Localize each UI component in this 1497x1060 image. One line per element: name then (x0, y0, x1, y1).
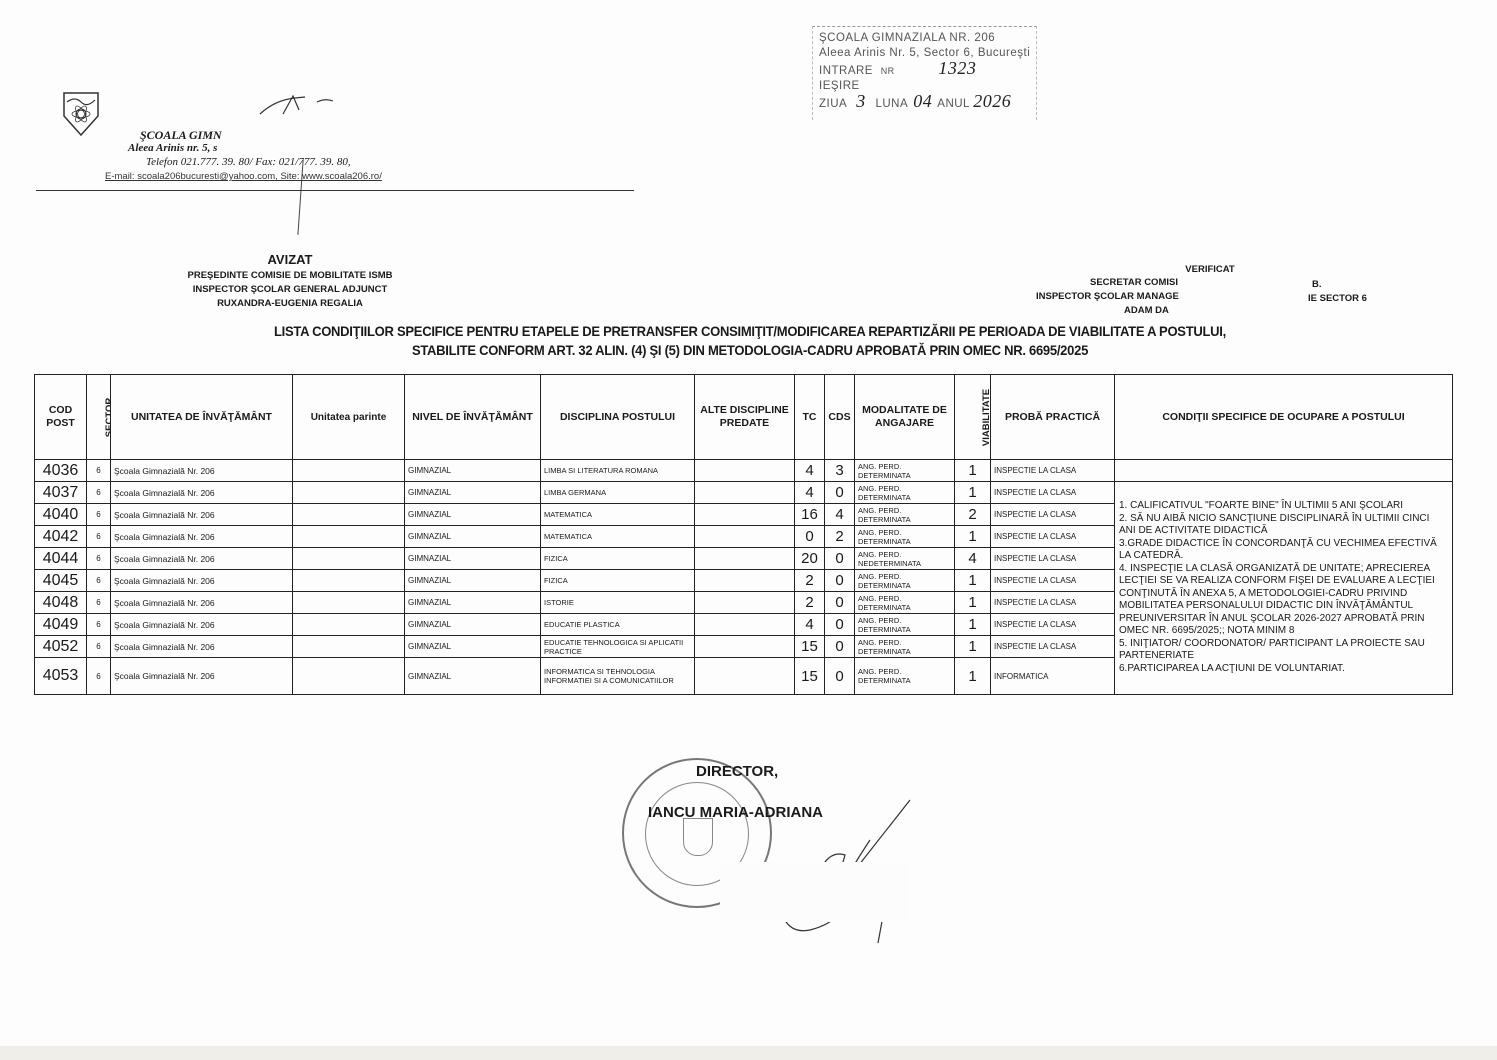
row-proba: INSPECTIE LA CLASA (991, 548, 1115, 570)
condition-item: 1. CALIFICATIVUL "FOARTE BINE" ÎN ULTIMI… (1119, 500, 1448, 513)
row-cds: 4 (825, 504, 855, 526)
row-cds: 0 (825, 614, 855, 636)
row-disciplina: FIZICA (541, 570, 695, 592)
stamp-luna-value: 04 (913, 91, 932, 111)
row-modalitate: ANG. PERD. DETERMINATA (855, 592, 955, 614)
row-alte-discipline (695, 460, 795, 482)
posts-table: COD POST SECTOR UNITATEA DE ÎNVĂŢĂMÂNT U… (34, 374, 1453, 695)
row-alte-discipline (695, 614, 795, 636)
verificat-title: VERIFICAT (1160, 264, 1260, 275)
row-unitate-parinte (293, 570, 405, 592)
row-nivel: GIMNAZIAL (405, 504, 541, 526)
row-nivel: GIMNAZIAL (405, 658, 541, 695)
avizat-title: AVIZAT (160, 252, 420, 267)
row-nivel: GIMNAZIAL (405, 636, 541, 658)
stamp-luna-label: LUNA (875, 98, 907, 110)
row-cds: 2 (825, 526, 855, 548)
row-unitate: Şcoala Gimnazială Nr. 206 (111, 504, 293, 526)
row-cod-post: 4053 (35, 658, 87, 695)
row-proba: INSPECTIE LA CLASA (991, 482, 1115, 504)
row-cds: 0 (825, 658, 855, 695)
verificat-line1: SECRETAR COMISI (1090, 277, 1178, 288)
row-disciplina: EDUCATIE PLASTICA (541, 614, 695, 636)
row-alte-discipline (695, 526, 795, 548)
row-nivel: GIMNAZIAL (405, 526, 541, 548)
stamp-address: Aleea Arinis Nr. 5, Sector 6, Bucureşti (819, 46, 1030, 61)
row-modalitate: ANG. PERD. DETERMINATA (855, 614, 955, 636)
row-disciplina: EDUCATIE TEHNOLOGICA SI APLICATII PRACTI… (541, 636, 695, 658)
row-sector: 6 (87, 548, 111, 570)
row-proba: INSPECTIE LA CLASA (991, 614, 1115, 636)
row-sector: 6 (87, 658, 111, 695)
stamp-intrare-row: INTRARE NR 1323 (819, 61, 1030, 79)
row-viabilitate: 1 (955, 592, 991, 614)
row-sector: 6 (87, 570, 111, 592)
redaction-area (720, 862, 910, 922)
condition-item: 5. INIŢIATOR/ COORDONATOR/ PARTICIPANT L… (1119, 638, 1448, 663)
row-proba: INSPECTIE LA CLASA (991, 570, 1115, 592)
avizat-block: AVIZAT PREŞEDINTE COMISIE DE MOBILITATE … (160, 252, 420, 311)
row-cod-post: 4042 (35, 526, 87, 548)
document-title-line2: STABILITE CONFORM ART. 32 ALIN. (4) ŞI (… (192, 341, 1308, 360)
row-nivel: GIMNAZIAL (405, 592, 541, 614)
avizat-line3: RUXANDRA-EUGENIA REGALIA (160, 297, 420, 311)
avizat-line2: INSPECTOR ŞCOLAR GENERAL ADJUNCT (160, 283, 420, 297)
row-viabilitate: 4 (955, 548, 991, 570)
row-cod-post: 4040 (35, 504, 87, 526)
row-unitate-parinte (293, 526, 405, 548)
row-viabilitate: 1 (955, 482, 991, 504)
stamp-ziua-label: ZIUA (819, 98, 847, 110)
scan-edge (0, 1046, 1497, 1060)
row-alte-discipline (695, 504, 795, 526)
row-cod-post: 4049 (35, 614, 87, 636)
row-sector: 6 (87, 504, 111, 526)
row-cds: 0 (825, 482, 855, 504)
verificat-line3: ADAM DA (1124, 305, 1169, 316)
col-header-cod-post: COD POST (35, 375, 87, 460)
registry-stamp: ŞCOALA GIMNAZIALA NR. 206 Aleea Arinis N… (812, 26, 1037, 120)
director-title: DIRECTOR, (696, 763, 778, 780)
row-cod-post: 4045 (35, 570, 87, 592)
verificat-line2: INSPECTOR ŞCOLAR MANAGE (1036, 291, 1179, 302)
row-unitate: Şcoala Gimnazială Nr. 206 (111, 526, 293, 548)
row-cod-post: 4037 (35, 482, 87, 504)
row-sector: 6 (87, 526, 111, 548)
col-header-proba: PROBĂ PRACTICĂ (991, 375, 1115, 460)
stamp-date-row: ZIUA 3 LUNA 04 ANUL 2026 (819, 94, 1030, 112)
conditions-cell: 1. CALIFICATIVUL "FOARTE BINE" ÎN ULTIMI… (1115, 482, 1453, 695)
row-sector: 6 (87, 614, 111, 636)
col-header-alte-discipline: ALTE DISCIPLINE PREDATE (695, 375, 795, 460)
avizat-line1: PREŞEDINTE COMISIE DE MOBILITATE ISMB (160, 269, 420, 283)
row-unitate-parinte (293, 504, 405, 526)
row-nivel: GIMNAZIAL (405, 548, 541, 570)
row-tc: 4 (795, 460, 825, 482)
col-header-unitatea: UNITATEA DE ÎNVĂŢĂMÂNT (111, 375, 293, 460)
row-proba: INSPECTIE LA CLASA (991, 460, 1115, 482)
row-viabilitate: 2 (955, 504, 991, 526)
row-modalitate: ANG. PERD. DETERMINATA (855, 460, 955, 482)
row-nivel: GIMNAZIAL (405, 614, 541, 636)
row-disciplina: LIMBA SI LITERATURA ROMANA (541, 460, 695, 482)
row-modalitate: ANG. PERD. DETERMINATA (855, 504, 955, 526)
coat-of-arms-icon (683, 818, 713, 856)
verificat-line1-end: B. (1312, 279, 1322, 290)
row-proba: INSPECTIE LA CLASA (991, 504, 1115, 526)
row-disciplina: LIMBA GERMANA (541, 482, 695, 504)
col-header-viabilitate: VIABILITATE (955, 375, 991, 460)
row-sector: 6 (87, 482, 111, 504)
condition-item: 2. SĂ NU AIBĂ NICIO SANCŢIUNE DISCIPLINA… (1119, 513, 1448, 538)
row-tc: 15 (795, 658, 825, 695)
row-alte-discipline (695, 636, 795, 658)
row-cds: 0 (825, 548, 855, 570)
row-viabilitate: 1 (955, 636, 991, 658)
row-cod-post: 4052 (35, 636, 87, 658)
row-modalitate: ANG. PERD. DETERMINATA (855, 526, 955, 548)
condition-item: 6.PARTICIPAREA LA ACŢIUNI DE VOLUNTARIAT… (1119, 663, 1448, 676)
row-unitate: Şcoala Gimnazială Nr. 206 (111, 548, 293, 570)
row-tc: 0 (795, 526, 825, 548)
condition-item: 3.GRADE DIDACTICE ÎN CONCORDANŢĂ CU VECH… (1119, 538, 1448, 563)
stamp-anul-label: ANUL (937, 98, 969, 110)
row-unitate: Şcoala Gimnazială Nr. 206 (111, 658, 293, 695)
row-unitate-parinte (293, 658, 405, 695)
row-nivel: GIMNAZIAL (405, 460, 541, 482)
row-sector: 6 (87, 592, 111, 614)
row-proba: INSPECTIE LA CLASA (991, 592, 1115, 614)
school-address: Aleea Arinis nr. 5, s (128, 142, 217, 154)
row-viabilitate: 1 (955, 658, 991, 695)
row-viabilitate: 1 (955, 526, 991, 548)
header-divider (36, 190, 634, 191)
row-unitate-parinte (293, 614, 405, 636)
row-alte-discipline (695, 592, 795, 614)
verificat-line2-end: IE SECTOR 6 (1308, 293, 1367, 304)
row-unitate: Şcoala Gimnazială Nr. 206 (111, 460, 293, 482)
row-unitate-parinte (293, 592, 405, 614)
row-alte-discipline (695, 548, 795, 570)
col-header-modalitate: MODALITATE DE ANGAJARE (855, 375, 955, 460)
row-unitate-parinte (293, 482, 405, 504)
stamp-intrare-label: INTRARE (819, 65, 873, 77)
row-cds: 0 (825, 570, 855, 592)
row-unitate: Şcoala Gimnazială Nr. 206 (111, 482, 293, 504)
row-cod-post: 4036 (35, 460, 87, 482)
row-modalitate: ANG. PERD. DETERMINATA (855, 570, 955, 592)
row-sector: 6 (87, 636, 111, 658)
row-conditii-empty (1115, 460, 1453, 482)
row-unitate: Şcoala Gimnazială Nr. 206 (111, 636, 293, 658)
row-cod-post: 4044 (35, 548, 87, 570)
row-cds: 0 (825, 636, 855, 658)
row-modalitate: ANG. PERD. DETERMINATA (855, 482, 955, 504)
col-header-nivel: NIVEL DE ÎNVĂŢĂMÂNT (405, 375, 541, 460)
table-row: 40366Şcoala Gimnazială Nr. 206GIMNAZIALL… (35, 460, 1453, 482)
document-title: LISTA CONDIŢIILOR SPECIFICE PENTRU ETAPE… (192, 322, 1308, 360)
school-email-site[interactable]: E-mail: scoala206bucuresti@yahoo.com, Si… (105, 171, 382, 182)
row-tc: 2 (795, 570, 825, 592)
row-modalitate: ANG. PERD. DETERMINATA (855, 658, 955, 695)
row-modalitate: ANG. PERD. DETERMINATA (855, 636, 955, 658)
row-unitate-parinte (293, 636, 405, 658)
row-cod-post: 4048 (35, 592, 87, 614)
stamp-nr-value: 1323 (938, 58, 976, 78)
row-alte-discipline (695, 482, 795, 504)
col-header-sector: SECTOR (87, 375, 111, 460)
row-sector: 6 (87, 460, 111, 482)
row-viabilitate: 1 (955, 460, 991, 482)
row-viabilitate: 1 (955, 614, 991, 636)
row-alte-discipline (695, 658, 795, 695)
school-crest-icon (63, 92, 99, 136)
row-proba: INSPECTIE LA CLASA (991, 636, 1115, 658)
col-header-conditii: CONDIŢII SPECIFICE DE OCUPARE A POSTULUI (1115, 375, 1453, 460)
row-alte-discipline (695, 570, 795, 592)
stamp-ziua-value: 3 (856, 91, 866, 111)
school-phone: Telefon 021.777. 39. 80/ Fax: 021/777. 3… (146, 156, 351, 168)
row-unitate: Şcoala Gimnazială Nr. 206 (111, 614, 293, 636)
document-title-line1: LISTA CONDIŢIILOR SPECIFICE PENTRU ETAPE… (192, 322, 1308, 341)
row-disciplina: INFORMATICA SI TEHNOLOGIA INFORMATIEI SI… (541, 658, 695, 695)
row-tc: 15 (795, 636, 825, 658)
col-header-tc: TC (795, 375, 825, 460)
row-unitate-parinte (293, 548, 405, 570)
col-header-disciplina: DISCIPLINA POSTULUI (541, 375, 695, 460)
row-unitate: Şcoala Gimnazială Nr. 206 (111, 592, 293, 614)
school-name: ŞCOALA GIMN (140, 128, 222, 143)
stamp-anul-value: 2026 (973, 91, 1011, 111)
stamp-nr-label: NR (881, 66, 895, 76)
condition-item: 4. INSPECŢIE LA CLASĂ ORGANIZATĂ DE UNIT… (1119, 563, 1448, 638)
row-unitate-parinte (293, 460, 405, 482)
row-disciplina: MATEMATICA (541, 504, 695, 526)
handwritten-mark-icon (255, 92, 345, 122)
row-unitate: Şcoala Gimnazială Nr. 206 (111, 570, 293, 592)
row-disciplina: MATEMATICA (541, 526, 695, 548)
row-viabilitate: 1 (955, 570, 991, 592)
row-disciplina: FIZICA (541, 548, 695, 570)
row-nivel: GIMNAZIAL (405, 482, 541, 504)
table-header-row: COD POST SECTOR UNITATEA DE ÎNVĂŢĂMÂNT U… (35, 375, 1453, 460)
row-modalitate: ANG. PERD. NEDETERMINATA (855, 548, 955, 570)
row-proba: INFORMATICA (991, 658, 1115, 695)
row-cds: 0 (825, 592, 855, 614)
table-row: 40376Şcoala Gimnazială Nr. 206GIMNAZIALL… (35, 482, 1453, 504)
row-disciplina: ISTORIE (541, 592, 695, 614)
row-tc: 4 (795, 482, 825, 504)
stamp-school: ŞCOALA GIMNAZIALA NR. 206 (819, 31, 1030, 46)
row-nivel: GIMNAZIAL (405, 570, 541, 592)
row-tc: 4 (795, 614, 825, 636)
row-tc: 2 (795, 592, 825, 614)
col-header-unitatea-parinte: Unitatea parinte (293, 375, 405, 460)
row-proba: INSPECTIE LA CLASA (991, 526, 1115, 548)
col-header-cds: CDS (825, 375, 855, 460)
row-cds: 3 (825, 460, 855, 482)
row-tc: 20 (795, 548, 825, 570)
row-tc: 16 (795, 504, 825, 526)
